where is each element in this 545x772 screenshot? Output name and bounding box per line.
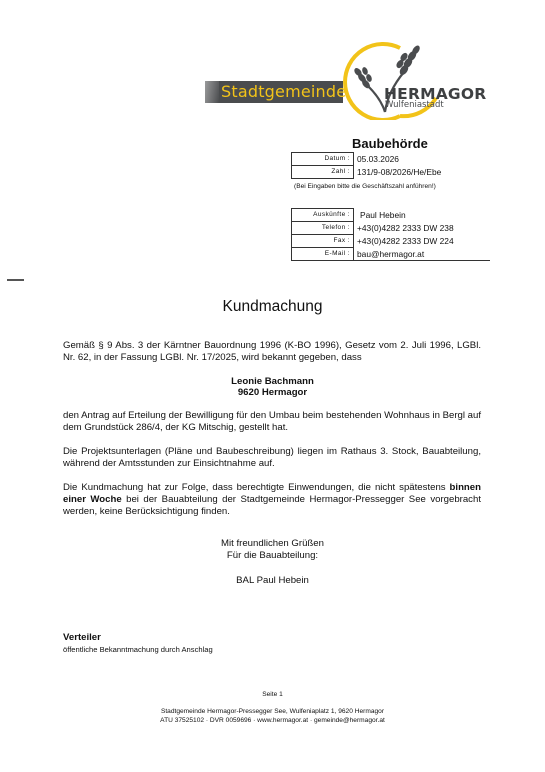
page-number: Seite 1 (0, 691, 545, 698)
contact-row: Telefon : +43(0)4282 2333 DW 238 (292, 222, 491, 235)
distribution-text: öffentliche Bekanntmachung durch Anschla… (63, 645, 213, 654)
reference-number-label: Zahl : (292, 166, 354, 179)
reference-number-value: 131/9-08/2026/He/Ebe (354, 166, 442, 179)
contact-person-value: Paul Hebein (354, 209, 491, 222)
date-label: Datum : (292, 153, 354, 166)
contact-table: Auskünfte : Paul Hebein Telefon : +43(0)… (291, 208, 490, 261)
reference-table: Datum : 05.03.2026 Zahl : 131/9-08/2026/… (291, 152, 442, 179)
signature: BAL Paul Hebein (0, 575, 545, 586)
logo-band-text: Stadtgemeinde (221, 82, 346, 101)
phone-value: +43(0)4282 2333 DW 238 (354, 222, 491, 235)
logo-band: Stadtgemeinde (205, 81, 343, 103)
department-title: Baubehörde (352, 136, 428, 151)
reference-row-date: Datum : 05.03.2026 (292, 153, 442, 166)
request-paragraph: den Antrag auf Erteilung der Bewilligung… (63, 410, 481, 434)
reference-row-number: Zahl : 131/9-08/2026/He/Ebe (292, 166, 442, 179)
consequence-paragraph: Die Kundmachung hat zur Folge, dass bere… (63, 482, 481, 518)
phone-label: Telefon : (292, 222, 354, 235)
greeting: Mit freundlichen Grüßen (0, 538, 545, 550)
contact-row: Fax : +43(0)4282 2333 DW 224 (292, 235, 491, 248)
closing-block: Mit freundlichen Grüßen Für die Bauabtei… (0, 538, 545, 562)
fax-value: +43(0)4282 2333 DW 224 (354, 235, 491, 248)
distribution-title: Verteiler (63, 632, 101, 643)
document-title: Kundmachung (0, 298, 545, 316)
logo-subtitle: Wulfeniastadt (385, 100, 444, 110)
applicant-block: Leonie Bachmann 9620 Hermagor (0, 376, 545, 398)
applicant-name: Leonie Bachmann (0, 376, 545, 387)
contact-row: E-Mail : bau@hermagor.at (292, 248, 491, 261)
documents-paragraph: Die Projektsunterlagen (Pläne und Baubes… (63, 446, 481, 470)
for-department: Für die Bauabteilung: (0, 550, 545, 562)
footer-ids: ATU 37525102 · DVR 0059696 · www.hermago… (0, 716, 545, 725)
date-value: 05.03.2026 (354, 153, 442, 166)
contact-row: Auskünfte : Paul Hebein (292, 209, 491, 222)
intro-paragraph: Gemäß § 9 Abs. 3 der Kärntner Bauordnung… (63, 340, 481, 364)
email-value[interactable]: bau@hermagor.at (354, 248, 491, 261)
email-label: E-Mail : (292, 248, 354, 261)
fax-label: Fax : (292, 235, 354, 248)
logo-band-fade (205, 81, 219, 103)
contact-person-label: Auskünfte : (292, 209, 354, 222)
consequence-text-before: Die Kundmachung hat zur Folge, dass bere… (63, 482, 450, 493)
footer: Stadtgemeinde Hermagor-Pressegger See, W… (0, 707, 545, 725)
fold-mark (7, 279, 24, 281)
consequence-text-after: bei der Bauabteilung der Stadtgemeinde H… (63, 494, 481, 517)
footer-address: Stadtgemeinde Hermagor-Pressegger See, W… (0, 707, 545, 716)
reference-hint: (Bei Eingaben bitte die Geschäftszahl an… (294, 183, 436, 190)
applicant-city: 9620 Hermagor (0, 387, 545, 398)
